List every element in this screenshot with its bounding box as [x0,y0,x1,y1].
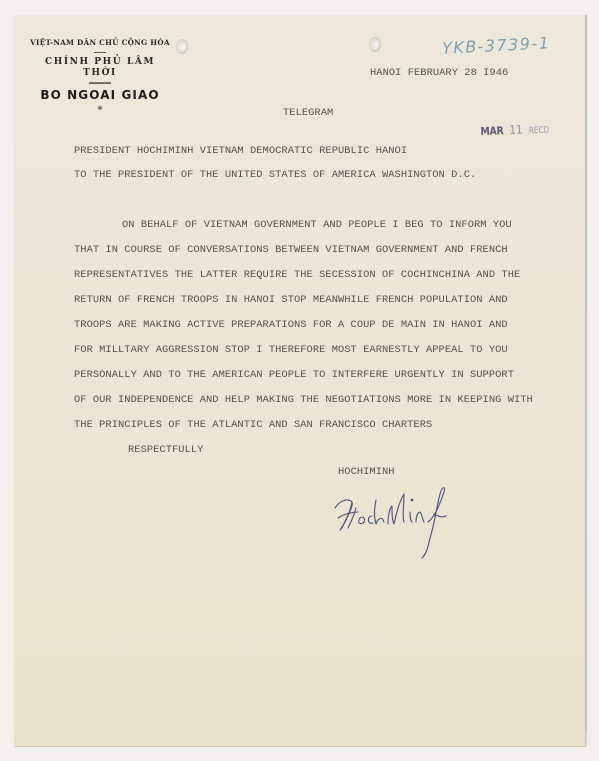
page-edge [585,15,587,730]
handwritten-signature-icon [330,478,480,563]
body-line: ON BEHALF OF VIETNAM GOVERNMENT AND PEOP… [122,219,512,231]
body-line: PERSONALLY AND TO THE AMERICAN PEOPLE TO… [74,369,514,381]
document-title: TELEGRAM [283,107,333,119]
letterhead-divider [89,82,111,84]
sender-line: PRESIDENT HOCHIMINH VIETNAM DEMOCRATIC R… [74,145,407,157]
punch-hole-right [369,37,381,52]
stamp-day: 11 [509,123,522,137]
typed-signature: HOCHIMINH [338,466,395,478]
letterhead-country: VIỆT-NAM DÂN CHỦ CỘNG HÒA [30,38,170,48]
body-line: RETURN OF FRENCH TROOPS IN HANOI STOP ME… [74,294,508,306]
letterhead-divider [94,52,106,53]
body-line: OF OUR INDEPENDENCE AND HELP MAKING THE … [74,394,533,406]
stamp-label: RECD [529,126,549,137]
body-line: THE PRINCIPLES OF THE ATLANTIC AND SAN F… [74,419,432,431]
body-line: TROOPS ARE MAKING ACTIVE PREPARATIONS FO… [74,319,508,331]
letterhead: VIỆT-NAM DÂN CHỦ CỘNG HÒA CHÍNH PHỦ LÂM … [30,38,170,117]
stamp-month: MAR [480,124,503,138]
letterhead-government: CHÍNH PHỦ LÂM THỜI [30,57,170,79]
punch-hole-left [176,39,188,54]
date-line: HANOI FEBRUARY 28 I946 [370,67,508,79]
closing: RESPECTFULLY [128,444,203,456]
body-line: THAT IN COURSE OF CONVERSATIONS BETWEEN … [74,244,508,256]
body-line: REPRESENTATIVES THE LATTER REQUIRE THE S… [74,269,520,281]
star-icon: * [30,105,170,117]
letterhead-ministry: BO NGOAI GIAO [30,88,170,102]
recipient-line: TO THE PRESIDENT OF THE UNITED STATES OF… [74,169,476,181]
received-stamp: MAR11RECD [467,99,552,140]
body-line: FOR MILLTARY AGGRESSION STOP I THEREFORE… [74,344,508,356]
